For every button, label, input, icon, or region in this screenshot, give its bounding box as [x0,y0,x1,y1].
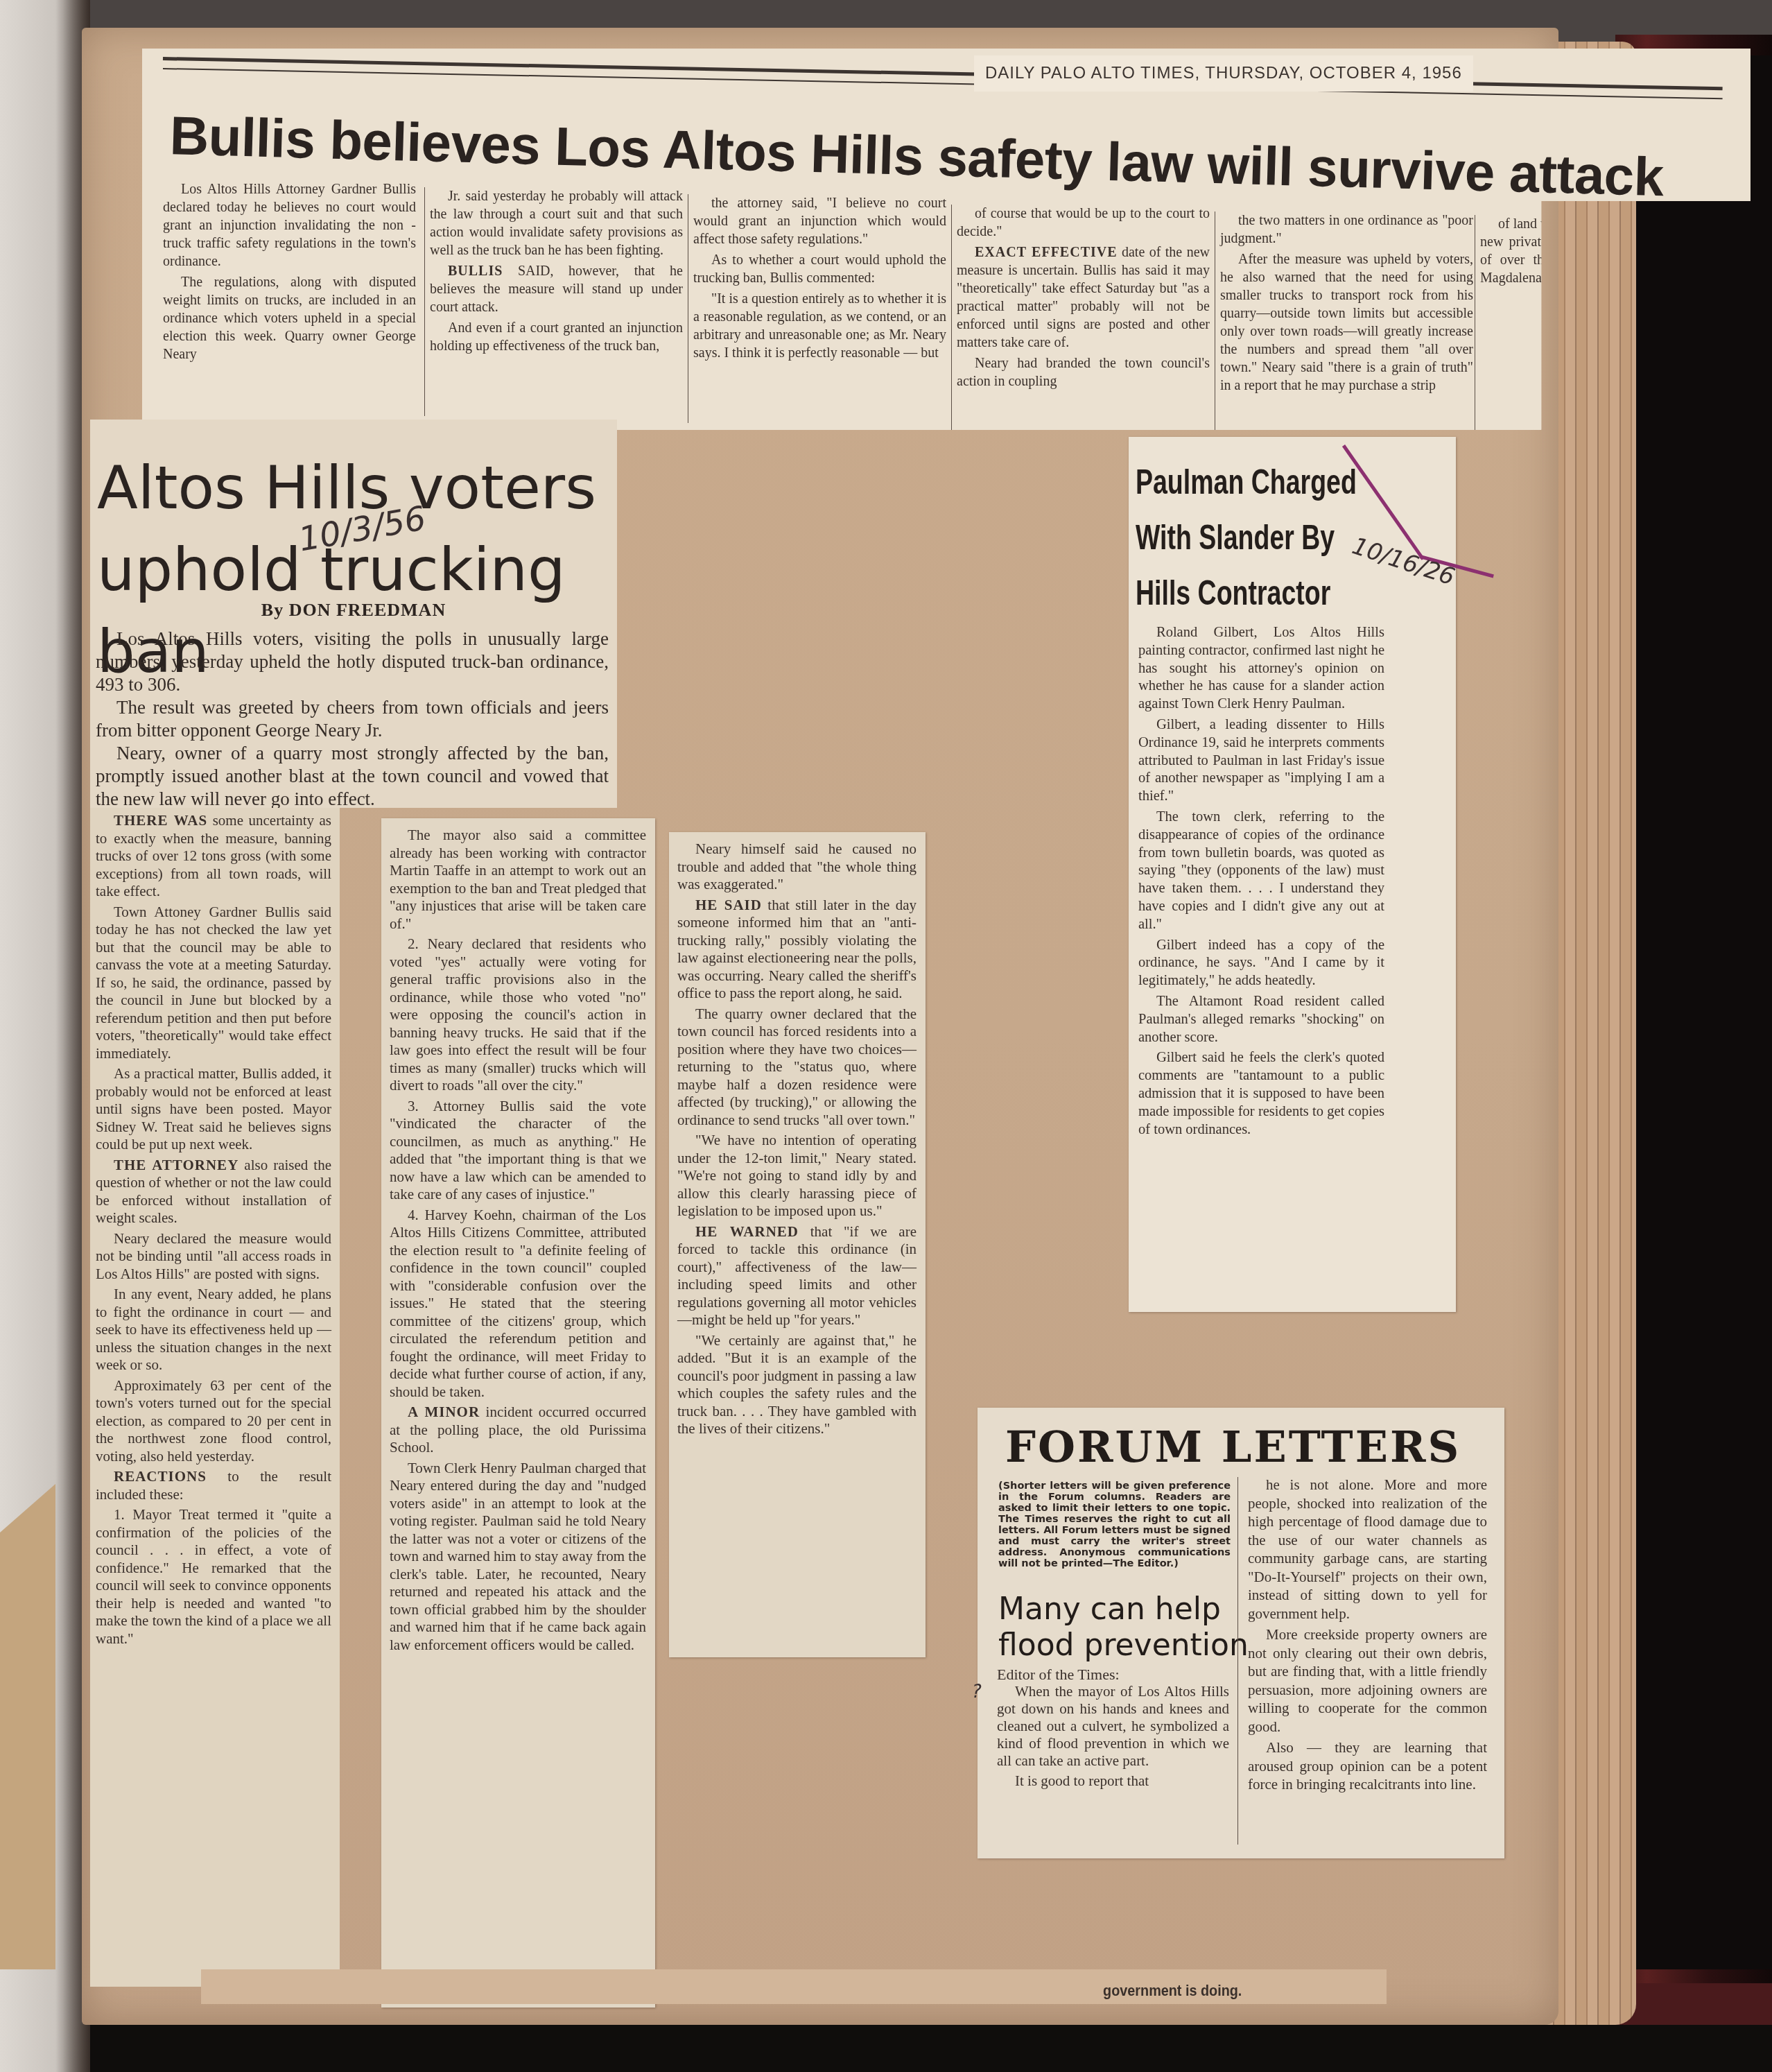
paragraph: The town clerk, referring to the disappe… [1138,809,1384,934]
column-text: Los Altos Hills Attorney Gardner Bullis … [163,180,416,366]
paragraph: In any event, Neary added, he plans to f… [96,1286,331,1374]
margin-question-mark: ? [972,1682,982,1702]
paragraph: Neary, owner of a quarry most strongly a… [96,742,609,811]
letter-column: Editor of the Times: When the mayor of L… [997,1666,1229,1793]
lead-text: Los Altos Hills voters, visiting the pol… [96,628,609,811]
handwritten-date: 10/16/26 [1349,532,1459,591]
column-text: The mayor also said a committee already … [390,827,646,1657]
page-tab [0,1484,55,1969]
paragraph: 2. Neary declared that residents who vot… [390,935,646,1095]
column-rule [424,187,425,416]
paragraph: As a practical matter, Bullis added, it … [96,1065,331,1154]
paragraph: Also — they are learning that aroused gr… [1248,1738,1487,1794]
paragraph: After the measure was upheld by voters, … [1220,250,1473,395]
paragraph: BULLIS SAID, however, that he believes t… [430,262,683,316]
paragraph: More creekside property owners are not o… [1248,1625,1487,1736]
paragraph: Los Altos Hills Attorney Gardner Bullis … [163,180,416,270]
column-text: the attorney said, "I believe no court w… [693,194,946,365]
paragraph: And even if a court granted an injunctio… [430,319,683,355]
paragraph: A MINOR incident occurred occurred at th… [390,1404,646,1457]
paragraph: The result was greeted by cheers from to… [96,696,609,742]
paragraph: Gilbert, a leading dissenter to Hills Or… [1138,716,1384,806]
paragraph: THE ATTORNEY also raised the question of… [96,1157,331,1227]
column-text: THERE WAS some uncertainty as to exactly… [96,812,331,1650]
paragraph: Town Attoney Gardner Bullis said today h… [96,904,331,1063]
clipping-forum-letters: FORUM LETTERS (Shorter letters will be g… [978,1408,1504,1858]
newspaper-masthead: DAILY PALO ALTO TIMES, THURSDAY, OCTOBER… [974,55,1473,92]
column-rule [1215,211,1215,440]
paragraph: "We have no intention of operating under… [677,1132,917,1220]
headline-line: Many can help [998,1591,1249,1628]
paragraph: The regulations, along with disputed wei… [163,273,416,363]
paragraph: Town Clerk Henry Paulman charged that Ne… [390,1460,646,1655]
column-rule [951,205,952,433]
paragraph: HE WARNED that "if we are forced to tack… [677,1223,917,1329]
letter-headline: Many can help flood prevention [998,1591,1249,1664]
column-text: Neary himself said he caused no trouble … [677,840,917,1441]
headline-line: Hills Contractor [1136,565,1357,621]
paragraph: It is good to report that [997,1772,1229,1790]
scrapbook-scene: DAILY PALO ALTO TIMES, THURSDAY, OCTOBER… [0,0,1772,2072]
paragraph: Gilbert said he feels the clerk's quoted… [1138,1049,1384,1139]
paragraph: HE SAID that still later in the day some… [677,897,917,1003]
paragraph: THERE WAS some uncertainty as to exactly… [96,812,331,901]
column-text: of course that would be up to the court … [957,205,1210,393]
headline-line: With Slander By [1136,510,1357,565]
section-title: FORUM LETTERS [1005,1422,1461,1472]
paragraph: 1. Mayor Treat termed it "quite a confir… [96,1506,331,1648]
salutation: Editor of the Times: [997,1666,1229,1683]
column-rule [688,194,688,423]
clipping-bullis-safety-law: DAILY PALO ALTO TIMES, THURSDAY, OCTOBER… [142,49,1751,430]
paragraph: 4. Harvey Koehn, chairman of the Los Alt… [390,1207,646,1401]
headline-line: Paulman Charged [1136,454,1357,510]
byline: By DON FREEDMAN [90,600,617,621]
paragraph: The Altamont Road resident called Paulma… [1138,993,1384,1046]
paragraph: Los Altos Hills voters, visiting the pol… [96,628,609,696]
table-surface [0,2025,1772,2072]
paragraph: When the mayor of Los Altos Hills got do… [997,1683,1229,1770]
column-rule [1237,1477,1238,1845]
paragraph: Jr. said yesterday he probably will atta… [430,187,683,259]
paragraph: As to whether a court would uphold the t… [693,251,946,287]
headline: Paulman Charged With Slander By Hills Co… [1136,454,1357,621]
paragraph: the attorney said, "I believe no court w… [693,194,946,248]
paragraph: of course that would be up to the court … [957,205,1210,241]
clipping-paulman-slander: Paulman Charged With Slander By Hills Co… [1129,437,1456,1312]
paragraph: Neary declared the measure would not be … [96,1230,331,1284]
clipping-header-block: Altos Hills voters uphold trucking ban 1… [90,420,617,808]
paragraph: Neary had branded the town council's act… [957,354,1210,390]
article-column: THERE WAS some uncertainty as to exactly… [90,808,340,1987]
paragraph: 3. Attorney Bullis said the vote "vindic… [390,1098,646,1204]
column-text: Roland Gilbert, Los Altos Hills painting… [1138,624,1384,1141]
paragraph: The quarry owner declared that the town … [677,1005,917,1130]
letter-column: he is not alone. More and more people, s… [1248,1476,1487,1797]
column-text: Jr. said yesterday he probably will atta… [430,187,683,358]
headline-line: flood prevention [998,1628,1249,1664]
paragraph: he is not alone. More and more people, s… [1248,1476,1487,1623]
text-fragment: government is doing. [1103,1982,1242,2000]
column-rule [1475,215,1475,444]
paragraph: Approximately 63 per cent of the town's … [96,1377,331,1466]
paragraph: Neary himself said he caused no trouble … [677,840,917,894]
column-text: the two matters in one ordinance as "poo… [1220,211,1473,397]
binder-interior [1636,55,1772,1969]
paragraph: The mayor also said a committee already … [390,827,646,933]
editor-note: (Shorter letters will be given preferenc… [998,1480,1231,1569]
paragraph: Gilbert indeed has a copy of the ordinan… [1138,937,1384,990]
paragraph: Roland Gilbert, Los Altos Hills painting… [1138,624,1384,714]
clipping-continued-column: The mayor also said a committee already … [381,818,655,2008]
paragraph: the two matters in one ordinance as "poo… [1220,211,1473,248]
clipping-continued-column: Neary himself said he caused no trouble … [669,832,926,1657]
paragraph: "It is a question entirely as to whether… [693,290,946,362]
paragraph: EXACT EFFECTIVE date of the new measure … [957,243,1210,352]
paragraph: REACTIONS to the result included these: [96,1468,331,1503]
paragraph: "We certainly are against that," he adde… [677,1332,917,1438]
